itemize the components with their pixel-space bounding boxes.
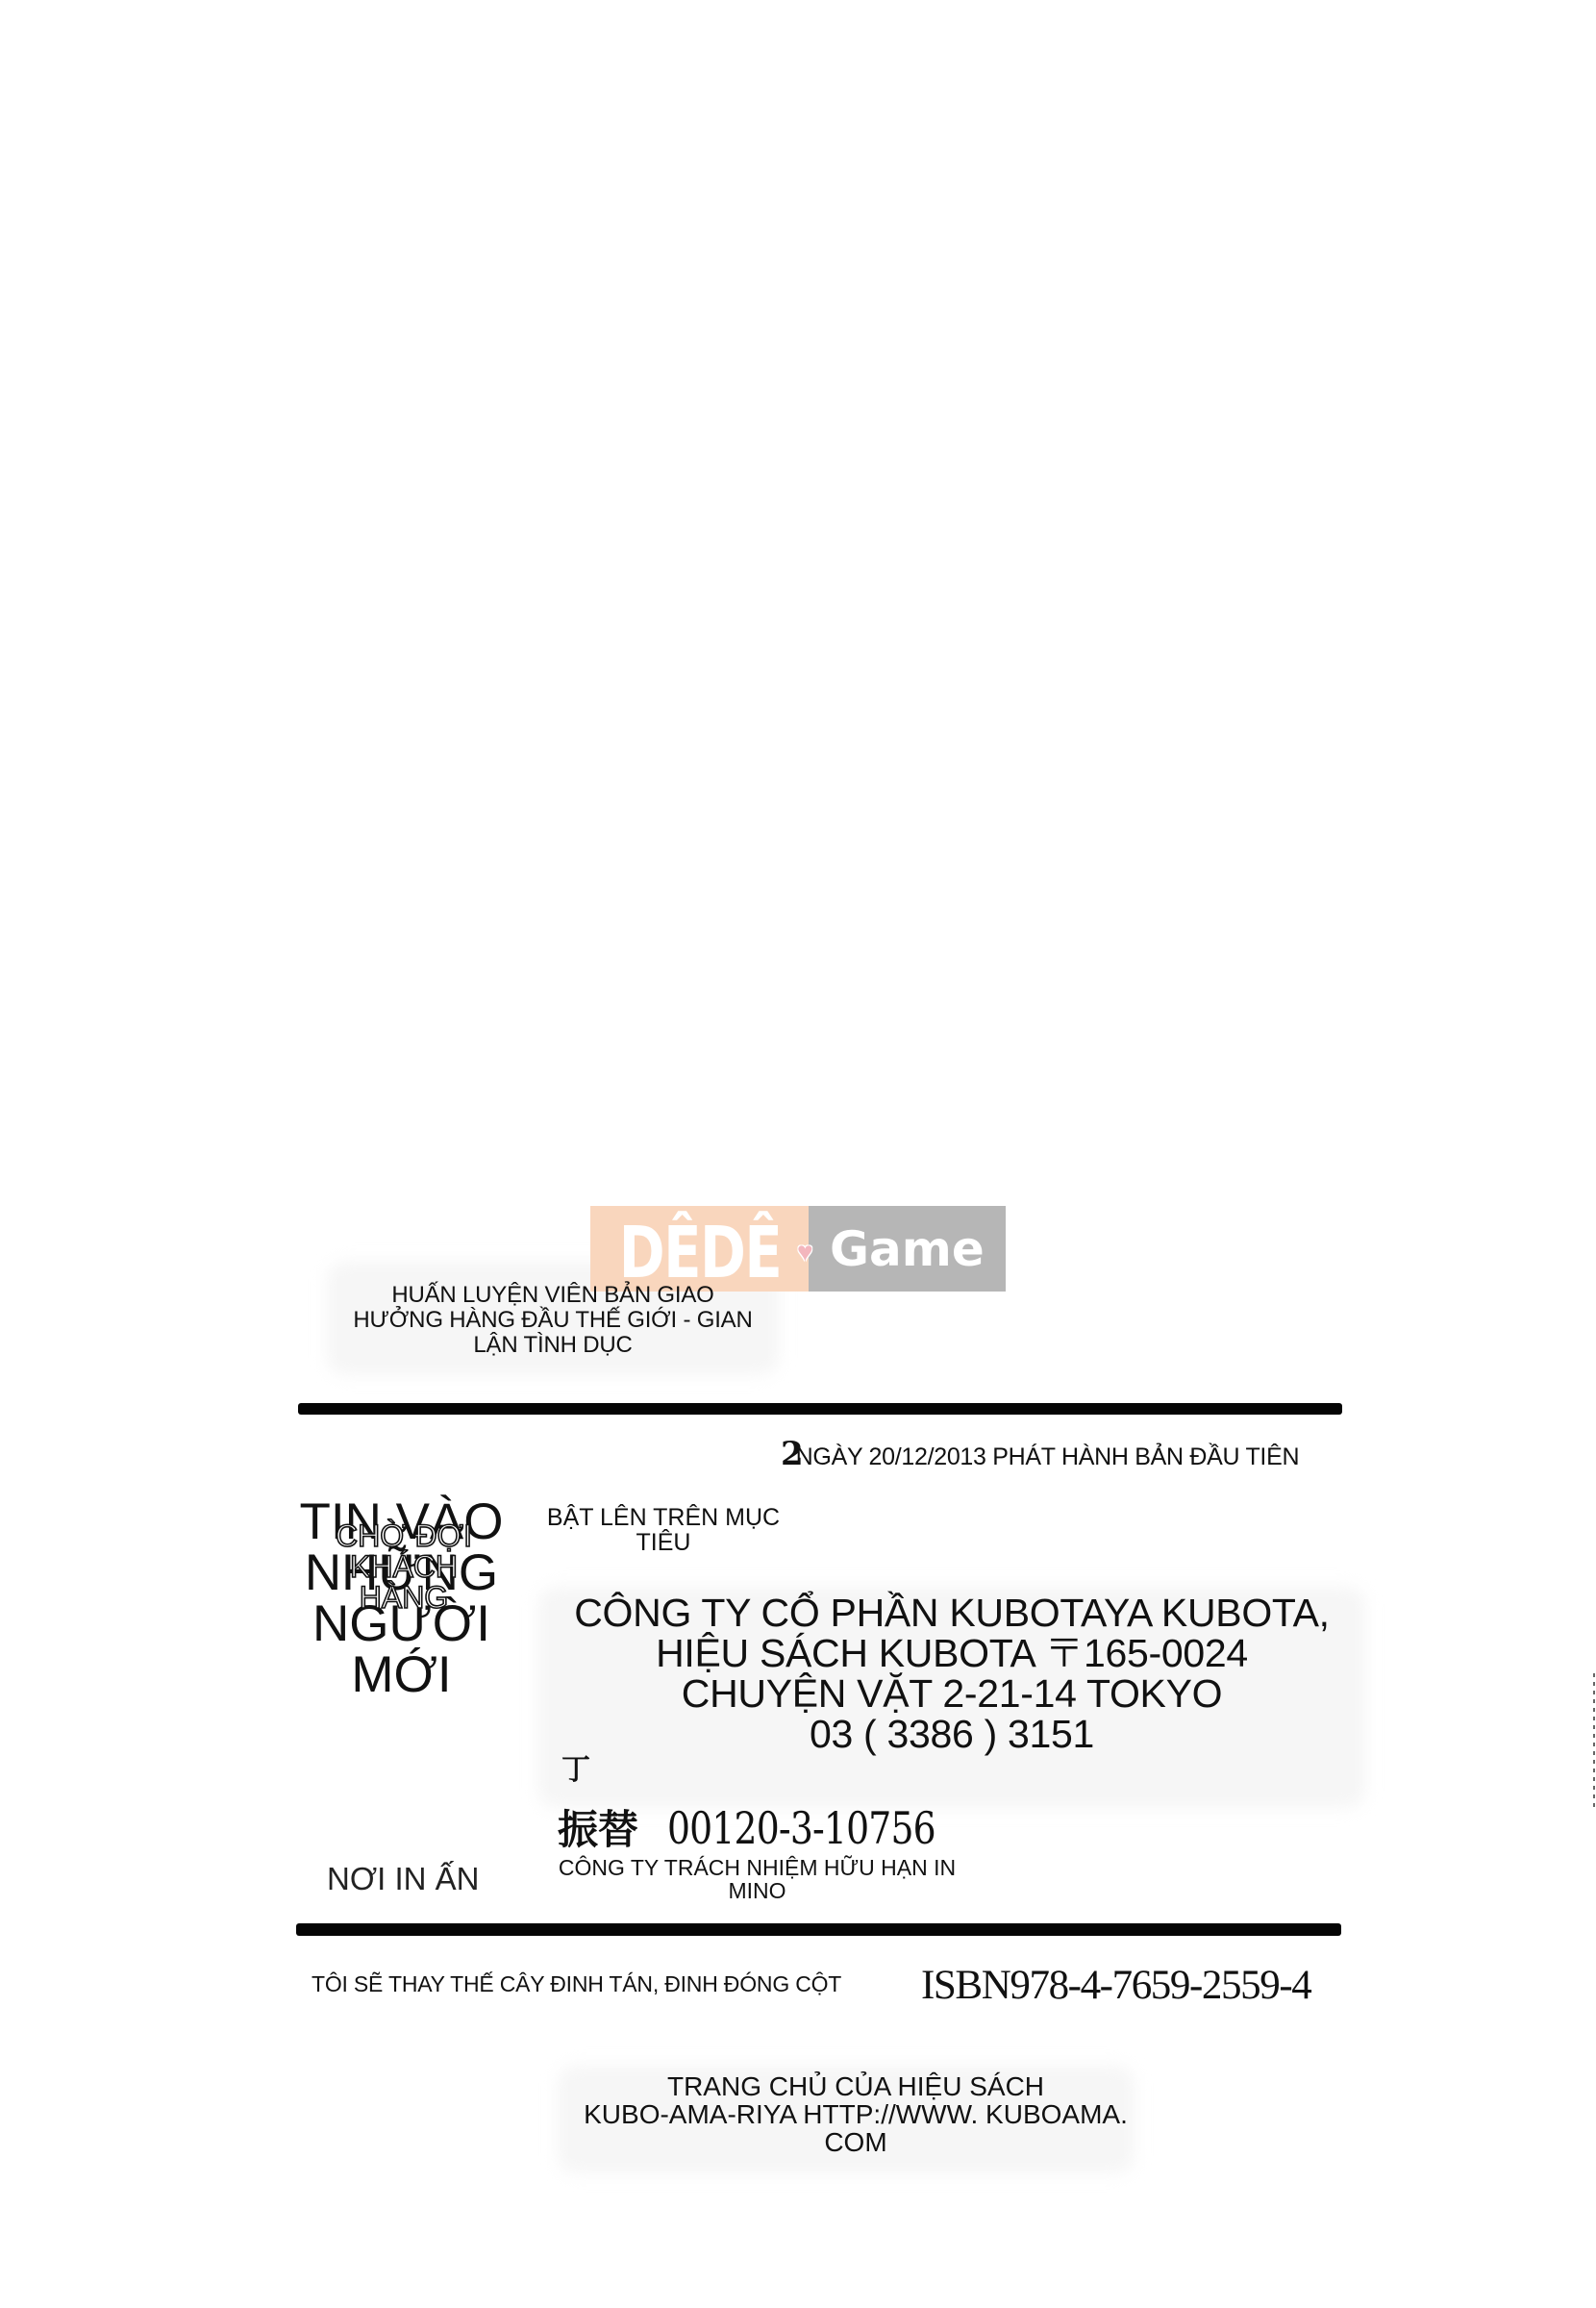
book-title-line: LẬN TÌNH DỤC <box>317 1333 788 1358</box>
edition-info: 2NGÀY 20/12/2013 PHÁT HÀNH BẢN ĐẦU TIÊN <box>781 1440 1299 1471</box>
publisher-label-line: BẬT LÊN TRÊN MỤC <box>538 1505 788 1530</box>
bottom-divider-rule <box>296 1923 1341 1936</box>
overlay-label-line: CHỜ ĐỢI <box>317 1520 490 1551</box>
book-title-line: HƯỞNG HÀNG ĐẦU THẾ GIỚI - GIAN <box>317 1308 788 1333</box>
transfer-number: 00120-3-10756 <box>667 1804 935 1852</box>
publisher-address-line: HIỆU SÁCH KUBOTA 〒165-0024 <box>534 1633 1370 1673</box>
edition-text: NGÀY 20/12/2013 PHÁT HÀNH BẢN ĐẦU TIÊN <box>796 1443 1300 1470</box>
book-title-line: HUẤN LUYỆN VIÊN BẢN GIAO <box>317 1283 788 1308</box>
homepage-info: TRANG CHỦ CỦA HIỆU SÁCH KUBO-AMA-RIYA HT… <box>548 2072 1163 2156</box>
printer-name-line: CÔNG TY TRÁCH NHIỆM HỮU HẠN IN <box>548 1856 966 1879</box>
isbn-number: ISBN978-4-7659-2559-4 <box>921 1963 1310 2009</box>
printer-name-line: MINO <box>548 1879 966 1902</box>
printer-name: CÔNG TY TRÁCH NHIỆM HỮU HẠN IN MINO <box>548 1856 966 1902</box>
publisher-phone: 03 ( 3386 ) 3151 <box>534 1714 1370 1754</box>
publisher-label: BẬT LÊN TRÊN MỤC TIÊU <box>538 1505 788 1555</box>
publisher-address-line: CÔNG TY CỔ PHẦN KUBOTAYA KUBOTA, <box>534 1593 1370 1633</box>
replacement-note: TÔI SẼ THAY THẾ CÂY ĐINH TÁN, ĐINH ĐÓNG … <box>312 1971 841 1996</box>
watermark-right-panel: ♥ Game <box>809 1206 1006 1292</box>
homepage-url: KUBO-AMA-RIYA HTTP://WWW. KUBOAMA. <box>548 2100 1163 2128</box>
watermark-brand-text: DÊDÊ <box>618 1217 780 1289</box>
homepage-line: TRANG CHỦ CỦA HIỆU SÁCH <box>548 2072 1163 2100</box>
transfer-label: 振替 <box>558 1806 638 1853</box>
watermark-game-text: Game <box>830 1225 985 1273</box>
top-divider-rule <box>298 1403 1342 1415</box>
publisher-label-line: TIÊU <box>538 1530 788 1555</box>
homepage-url: COM <box>548 2128 1163 2156</box>
overlay-label-line: KHÁCH <box>317 1551 490 1582</box>
watermark-left-panel: DÊDÊ <box>590 1206 809 1292</box>
kanji-fragment: 丁 <box>561 1756 590 1785</box>
heart-icon: ♥ <box>797 1239 813 1266</box>
overlay-label: CHỜ ĐỢI KHÁCH HÀNG <box>317 1520 490 1613</box>
overlay-label-line: HÀNG <box>317 1582 490 1613</box>
publisher-address-line: CHUYỆN VẶT 2-21-14 TOKYO <box>534 1673 1370 1714</box>
publisher-address: CÔNG TY CỔ PHẦN KUBOTAYA KUBOTA, HIỆU SÁ… <box>534 1593 1370 1754</box>
series-label-line: MỚI <box>288 1649 514 1700</box>
printer-label: NƠI IN ẤN <box>327 1862 479 1896</box>
postal-transfer: 振替00120-3-10756 <box>558 1804 994 1854</box>
scan-edge-mark <box>1593 1673 1595 1808</box>
watermark-logo: DÊDÊ ♥ Game <box>590 1206 1006 1292</box>
edition-number: 2 <box>781 1435 796 1473</box>
book-title: HUẤN LUYỆN VIÊN BẢN GIAO HƯỞNG HÀNG ĐẦU … <box>317 1283 788 1358</box>
